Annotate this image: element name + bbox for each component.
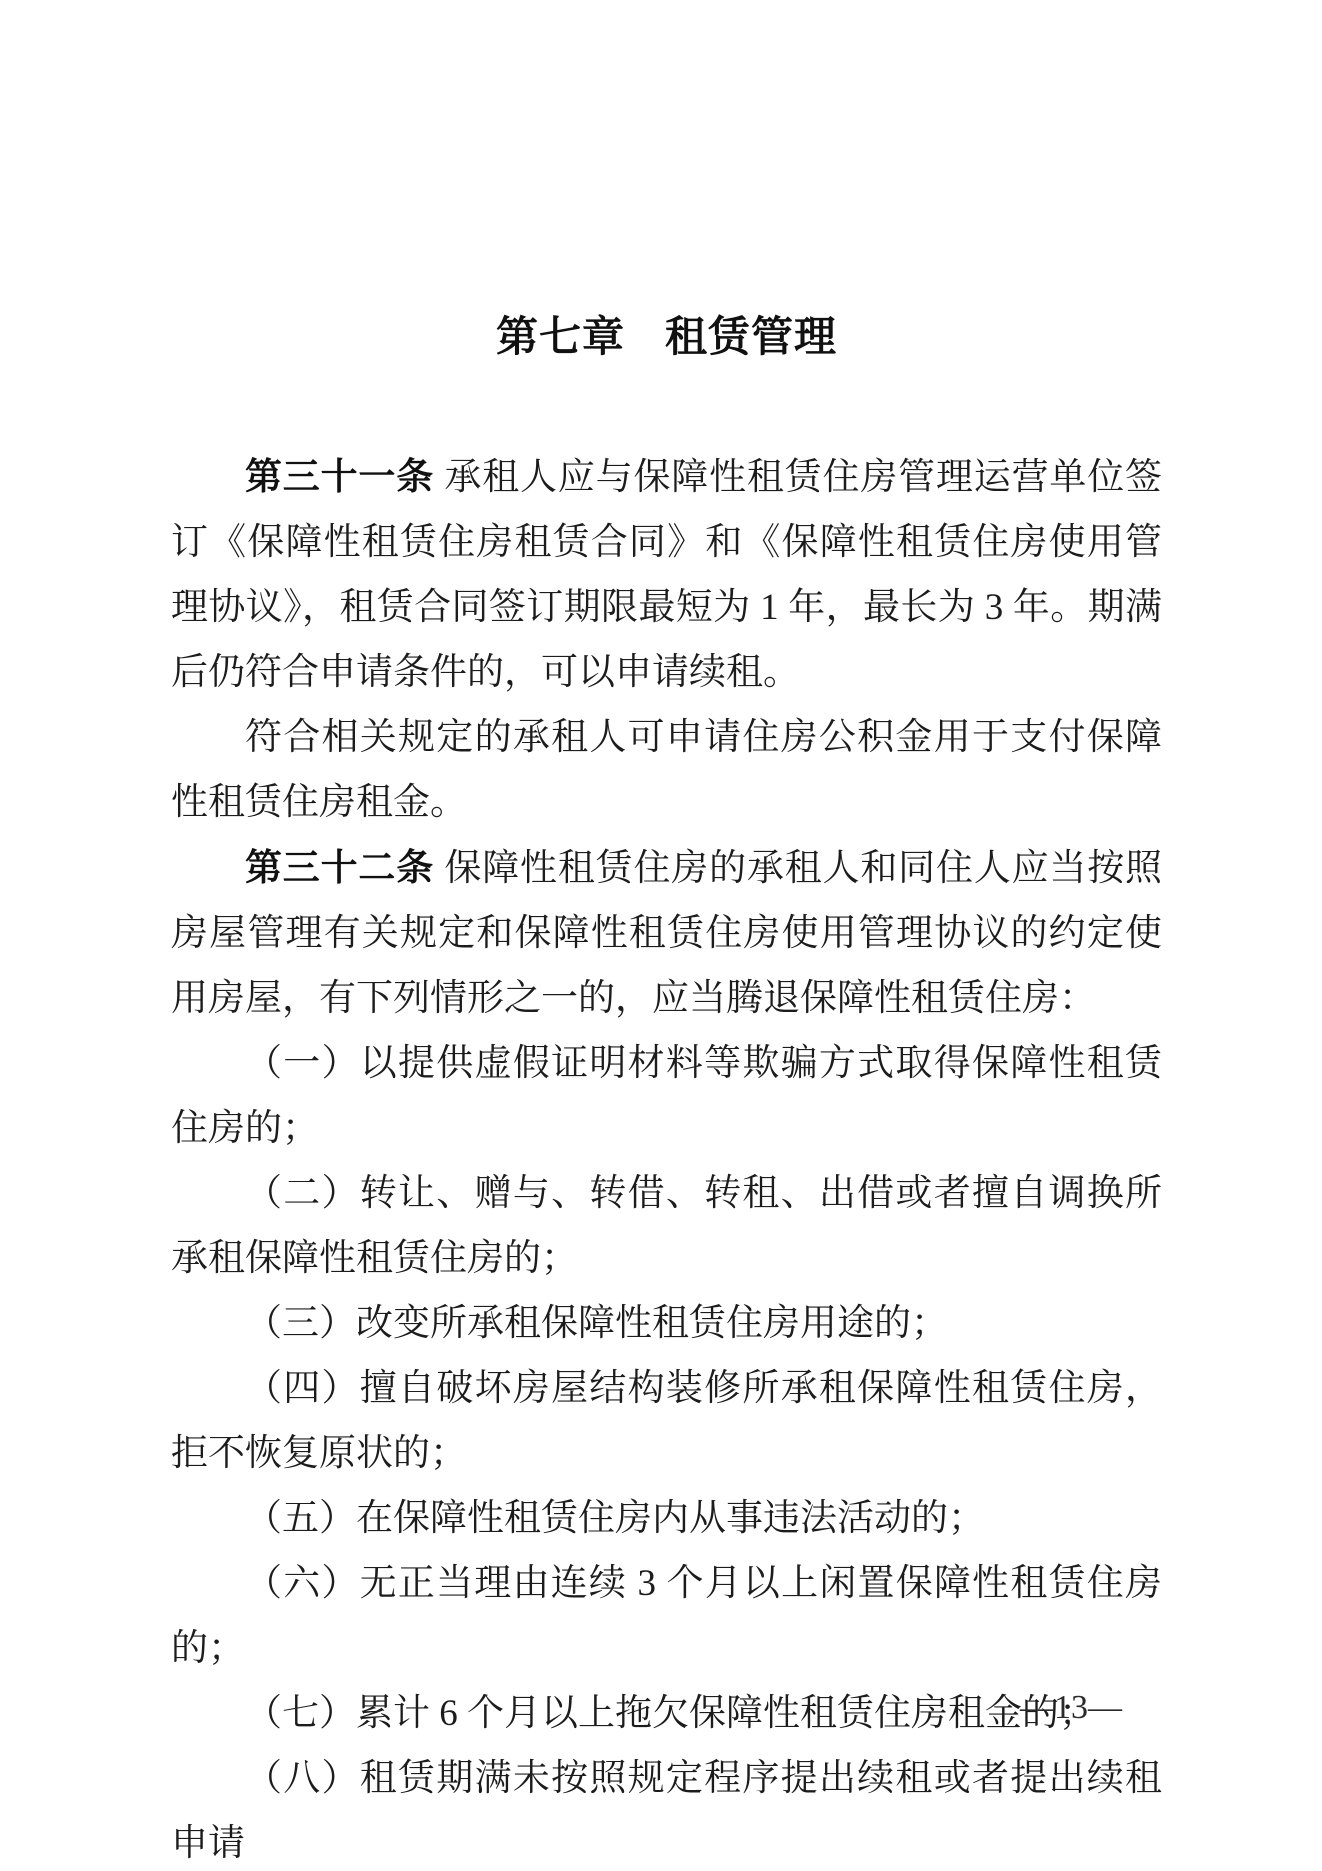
paragraph-article-31: 第三十一条承租人应与保障性租赁住房管理运营单位签订《保障性租赁住房租赁合同》和《… [171, 444, 1162, 705]
list-item-5: （五）在保障性租赁住房内从事违法活动的； [171, 1486, 1162, 1551]
list-item-7-text: （七）累计 6 个月以上拖欠保障性租赁住房租金的； [245, 1693, 1096, 1734]
chapter-name: 租赁管理 [665, 313, 837, 360]
housing-fund-text: 符合相关规定的承租人可申请住房公积金用于支付保障性租赁住房租金。 [171, 717, 1162, 823]
paragraph-housing-fund: 符合相关规定的承租人可申请住房公积金用于支付保障性租赁住房租金。 [171, 705, 1162, 835]
list-item-6: （六）无正当理由连续 3 个月以上闲置保障性租赁住房的； [171, 1551, 1162, 1681]
chapter-title: 第七章租赁管理 [171, 312, 1162, 362]
list-item-4-text: （四）擅自破坏房屋结构装修所承租保障性租赁住房，拒不恢复原状的； [171, 1368, 1162, 1474]
list-item-2: （二）转让、赠与、转借、转租、出借或者擅自调换所承租保障性租赁住房的； [171, 1161, 1162, 1291]
list-item-8-text: （八）租赁期满未按照规定程序提出续租或者提出续租申请 [171, 1758, 1162, 1864]
document-body: 第三十一条承租人应与保障性租赁住房管理运营单位签订《保障性租赁住房租赁合同》和《… [171, 444, 1162, 1871]
list-item-2-text: （二）转让、赠与、转借、转租、出借或者擅自调换所承租保障性租赁住房的； [171, 1173, 1162, 1279]
list-item-3-text: （三）改变所承租保障性租赁住房用途的； [245, 1303, 948, 1344]
document-page: 第七章租赁管理 第三十一条承租人应与保障性租赁住房管理运营单位签订《保障性租赁住… [0, 0, 1322, 1871]
list-item-3: （三）改变所承租保障性租赁住房用途的； [171, 1291, 1162, 1356]
paragraph-article-32: 第三十二条保障性租赁住房的承租人和同住人应当按照房屋管理有关规定和保障性租赁住房… [171, 835, 1162, 1031]
list-item-6-text: （六）无正当理由连续 3 个月以上闲置保障性租赁住房的； [171, 1563, 1162, 1669]
list-item-1: （一）以提供虚假证明材料等欺骗方式取得保障性租赁住房的； [171, 1031, 1162, 1161]
page-number: —13— [1020, 1688, 1122, 1728]
list-item-8: （八）租赁期满未按照规定程序提出续租或者提出续租申请 [171, 1746, 1162, 1871]
chapter-number: 第七章 [496, 313, 625, 360]
list-item-4: （四）擅自破坏房屋结构装修所承租保障性租赁住房，拒不恢复原状的； [171, 1356, 1162, 1486]
list-item-1-text: （一）以提供虚假证明材料等欺骗方式取得保障性租赁住房的； [171, 1043, 1162, 1149]
list-item-5-text: （五）在保障性租赁住房内从事违法活动的； [245, 1498, 985, 1539]
article-31-label: 第三十一条 [245, 456, 434, 497]
list-item-7: （七）累计 6 个月以上拖欠保障性租赁住房租金的； [171, 1681, 1162, 1746]
article-32-label: 第三十二条 [245, 847, 434, 888]
